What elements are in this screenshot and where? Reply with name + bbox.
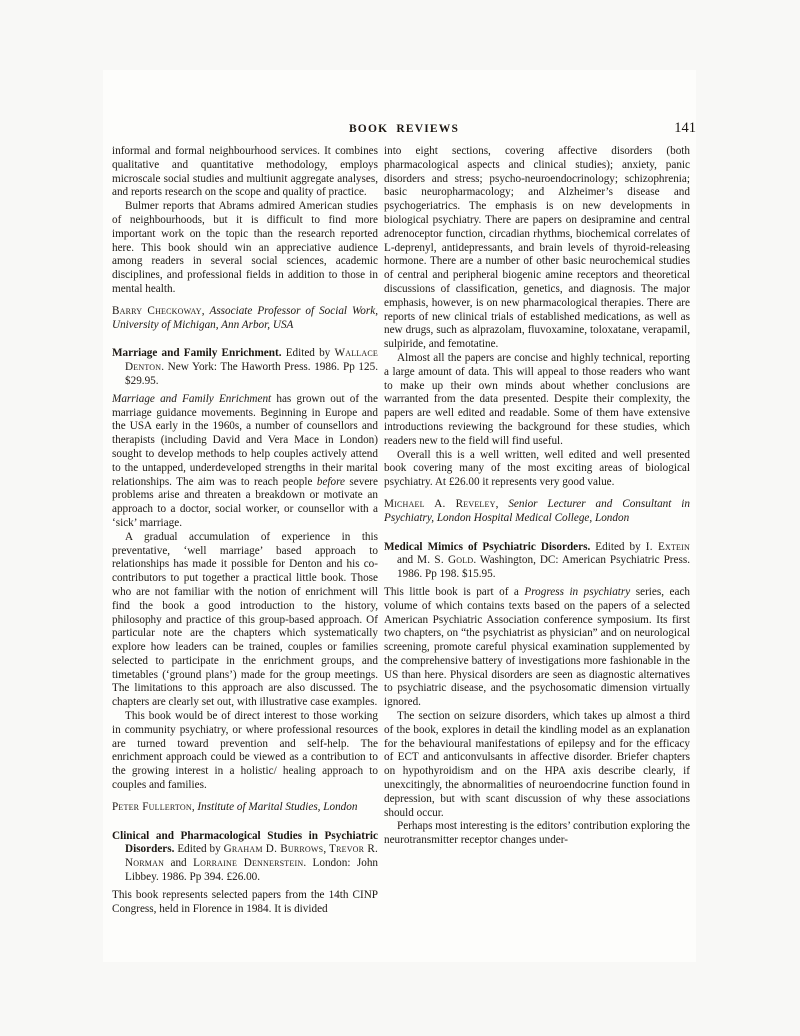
text-segment: Edited by (590, 541, 646, 553)
text-segment: Edited by (282, 347, 335, 359)
paragraph: Marriage and Family Enrichment has grown… (112, 393, 378, 531)
paragraph: into eight sections, covering affective … (384, 145, 690, 352)
page-number: 141 (674, 120, 696, 137)
text-segment: Graham D. Burrows (224, 843, 324, 855)
paragraph: This book represents selected papers fro… (112, 889, 378, 917)
paragraph: This book would be of direct interest to… (112, 710, 378, 793)
book-citation: Marriage and Family Enrichment. Edited b… (112, 347, 378, 388)
text-segment: A gradual accumulation of experience in … (112, 531, 378, 709)
text-segment: Progress in psychiatry (524, 586, 630, 598)
paragraph: informal and formal neighbourhood servic… (112, 145, 378, 200)
text-segment: , (496, 498, 509, 510)
text-segment: . New York: The Haworth Press. 1986. Pp … (125, 361, 378, 387)
text-segment: Institute of Marital Studies, London (197, 801, 357, 813)
text-segment: and (164, 857, 193, 869)
review-byline: Peter Fullerton, Institute of Marital St… (112, 801, 378, 815)
paragraph: Almost all the papers are concise and hi… (384, 352, 690, 449)
paragraph: Perhaps most interesting is the editors’… (384, 820, 690, 848)
text-segment: This little book is part of a (384, 586, 524, 598)
text-segment: Almost all the papers are concise and hi… (384, 352, 690, 447)
text-segment: Michael A. Reveley (384, 498, 496, 510)
text-segment: This book represents selected papers fro… (112, 889, 378, 915)
paragraph: This little book is part of a Progress i… (384, 586, 690, 710)
review-byline: Barry Checkoway, Associate Professor of … (112, 305, 378, 333)
text-segment: and (397, 554, 417, 566)
text-segment: into eight sections, covering affective … (384, 145, 690, 350)
text-segment: This book would be of direct interest to… (112, 710, 378, 791)
text-segment: The section on seizure disorders, which … (384, 710, 690, 819)
text-segment: Lorraine Dennerstein (193, 857, 303, 869)
book-citation: Clinical and Pharmacological Studies in … (112, 830, 378, 885)
text-segment: series, each volume of which contains te… (384, 586, 690, 708)
text-segment: M. S. Gold (417, 554, 473, 566)
review-byline: Michael A. Reveley, Senior Lecturer and … (384, 498, 690, 526)
text-segment: informal and formal neighbourhood servic… (112, 145, 378, 198)
text-segment: I. Extein (646, 541, 690, 553)
paragraph: Overall this is a well written, well edi… (384, 449, 690, 490)
text-segment: Edited by (174, 843, 223, 855)
book-citation: Medical Mimics of Psychiatric Disorders.… (384, 541, 690, 582)
text-segment: Perhaps most interesting is the editors’… (384, 820, 690, 846)
text-segment: Marriage and Family Enrichment. (112, 347, 282, 359)
scanned-journal-page: BOOK REVIEWS 141 informal and formal nei… (103, 70, 696, 962)
text-segment: has grown out of the marriage guidance m… (112, 393, 378, 488)
text-segment: Peter Fullerton (112, 801, 192, 813)
text-column-left: informal and formal neighbourhood servic… (112, 145, 378, 916)
text-segment: before (317, 476, 345, 488)
text-segment: Medical Mimics of Psychiatric Disorders. (384, 541, 590, 553)
page-title: BOOK REVIEWS (112, 123, 696, 135)
paragraph: A gradual accumulation of experience in … (112, 531, 378, 710)
text-segment: Barry Checkoway (112, 305, 202, 317)
text-column-right: into eight sections, covering affective … (384, 145, 690, 848)
paragraph: The section on seizure disorders, which … (384, 710, 690, 820)
text-segment: Marriage and Family Enrichment (112, 393, 271, 405)
text-segment: Bulmer reports that Abrams admired Ameri… (112, 200, 378, 295)
screenshot-canvas: BOOK REVIEWS 141 informal and formal nei… (0, 0, 800, 1036)
text-segment: Overall this is a well written, well edi… (384, 449, 690, 489)
running-head: BOOK REVIEWS 141 (112, 123, 696, 141)
paragraph: Bulmer reports that Abrams admired Ameri… (112, 200, 378, 297)
